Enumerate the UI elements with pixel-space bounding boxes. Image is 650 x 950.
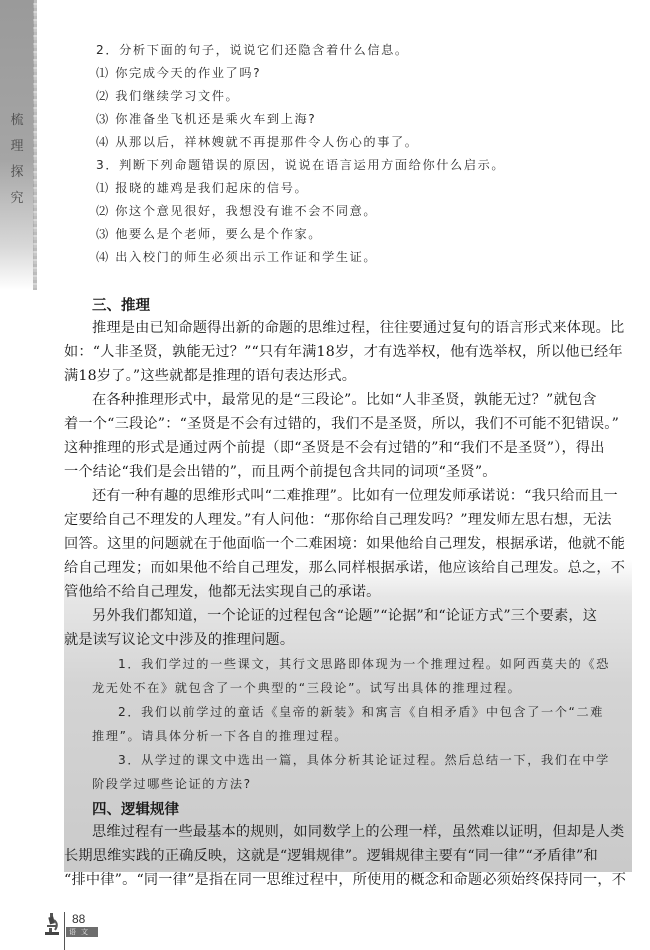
exercise-2-prompt: 2．分析下面的句子，说说它们还隐含着什么信息。 — [96, 41, 409, 58]
exercise-item: 龙无处不在》就包含了一个典型的“三段论”。试写出具体的推理过程。 — [92, 679, 521, 696]
exercise-item: ⑴ 报晓的雄鸡是我们起床的信号。 — [96, 179, 308, 196]
paragraph-line: 给自己理发；而如果他不给自己理发，那么同样根据承诺，他应该给自己理发。总之，不 — [64, 557, 625, 577]
exercise-item: ⑴ 你完成今天的作业了吗? — [96, 64, 261, 81]
exercise-3-prompt: 3．判断下列命题错误的原因，说说在语言运用方面给你什么启示。 — [96, 156, 505, 173]
paragraph-line: 长期思维实践的正确反映，这就是“逻辑规律”。逻辑规律主要有“同一律”“矛盾律”和 — [64, 845, 598, 865]
side-label-char: 究 — [6, 186, 28, 212]
paragraph-line: 满18岁了。”这些就都是推理的语句表达形式。 — [64, 365, 356, 385]
microscope-icon — [44, 912, 60, 936]
paragraph-line: 如：“人非圣贤，孰能无过？”“只有年满18岁，才有选举权，他有选举权，所以他已经… — [64, 341, 623, 361]
exercise-item: ⑶ 他要么是个老师，要么是个作家。 — [96, 225, 322, 242]
paragraph-line: 管他给不给自己理发，他都无法实现自己的承诺。 — [64, 581, 381, 601]
exercise-item: 1．我们学过的一些课文，其行文思路即体现为一个推理过程。如阿西莫夫的《恐 — [118, 655, 610, 672]
paragraph-line: 推理是由已知命题得出新的命题的思维过程，往往要通过复句的语言形式来体现。比 — [92, 317, 624, 337]
exercise-item: ⑶ 你准备坐飞机还是乘火车到上海? — [96, 110, 316, 127]
exercise-item: ⑵ 你这个意见很好，我想没有谁不会不同意。 — [96, 202, 377, 219]
exercise-item: 推理”。请具体分析一下各自的推理过程。 — [92, 727, 348, 744]
side-label: 梳 理 探 究 — [6, 108, 28, 212]
paragraph-line: 就是读写议论文中涉及的推理问题。 — [64, 629, 294, 649]
exercise-item: ⑷ 出入校门的师生必须出示工作证和学生证。 — [96, 248, 377, 265]
footer-divider — [64, 912, 65, 950]
paragraph-line: 定要给自己不理发的人理发。”有人问他：“那你给自己理发吗？”理发师左思右想，无法 — [64, 509, 612, 529]
paragraph-line: “排中律”。“同一律”是指在同一思维过程中，所使用的概念和命题必须始终保持同一，… — [64, 869, 626, 889]
section-heading-logic-laws: 四、逻辑规律 — [92, 798, 179, 819]
paragraph-line: 这种推理的形式是通过两个前提（即“圣贤是不会有过错的”和“我们不是圣贤”），得出 — [64, 437, 605, 457]
paragraph-line: 着一个“三段论”：“圣贤是不会有过错的，我们不是圣贤，所以，我们不可能不犯错误。… — [64, 413, 619, 433]
exercise-item: 阶段学过哪些论证的方法? — [92, 775, 252, 792]
paragraph-line: 回答。这里的问题就在于他面临一个二难困境：如果他给自己理发，根据承诺，他就不能 — [64, 533, 625, 553]
side-label-char: 探 — [6, 160, 28, 186]
paragraph-line: 一个结论“我们是会出错的”，而且两个前提包含共同的词项“圣贤”。 — [64, 461, 497, 481]
exercise-item: 3．从学过的课文中选出一篇，具体分析其论证过程。然后总结一下，我们在中学 — [118, 751, 610, 768]
page-number: 88 — [72, 912, 85, 926]
paragraph-line: 还有一种有趣的思维形式叫“二难推理”。比如有一位理发师承诺说：“我只给而且一 — [92, 485, 618, 505]
subject-tag: 语文 — [66, 927, 98, 937]
exercise-item: ⑵ 我们继续学习文件。 — [96, 87, 239, 104]
exercise-item: ⑷ 从那以后，祥林嫂就不再提那件令人伤心的事了。 — [96, 133, 419, 150]
side-label-char: 理 — [6, 134, 28, 160]
exercise-item: 2．我们以前学过的童话《皇帝的新装》和寓言《自相矛盾》中包含了一个“二难 — [118, 703, 604, 720]
section-heading-reasoning: 三、推理 — [92, 294, 150, 315]
side-label-char: 梳 — [6, 108, 28, 134]
paragraph-line: 思维过程有一些最基本的规则，如同数学上的公理一样，虽然难以证明，但却是人类 — [92, 821, 624, 841]
paragraph-line: 另外我们都知道，一个论证的过程包含“论题”“论据”和“论证方式”三个要素，这 — [92, 605, 597, 625]
paragraph-line: 在各种推理形式中，最常见的是“三段论”。比如“人非圣贤，孰能无过？”就包含 — [92, 389, 597, 409]
